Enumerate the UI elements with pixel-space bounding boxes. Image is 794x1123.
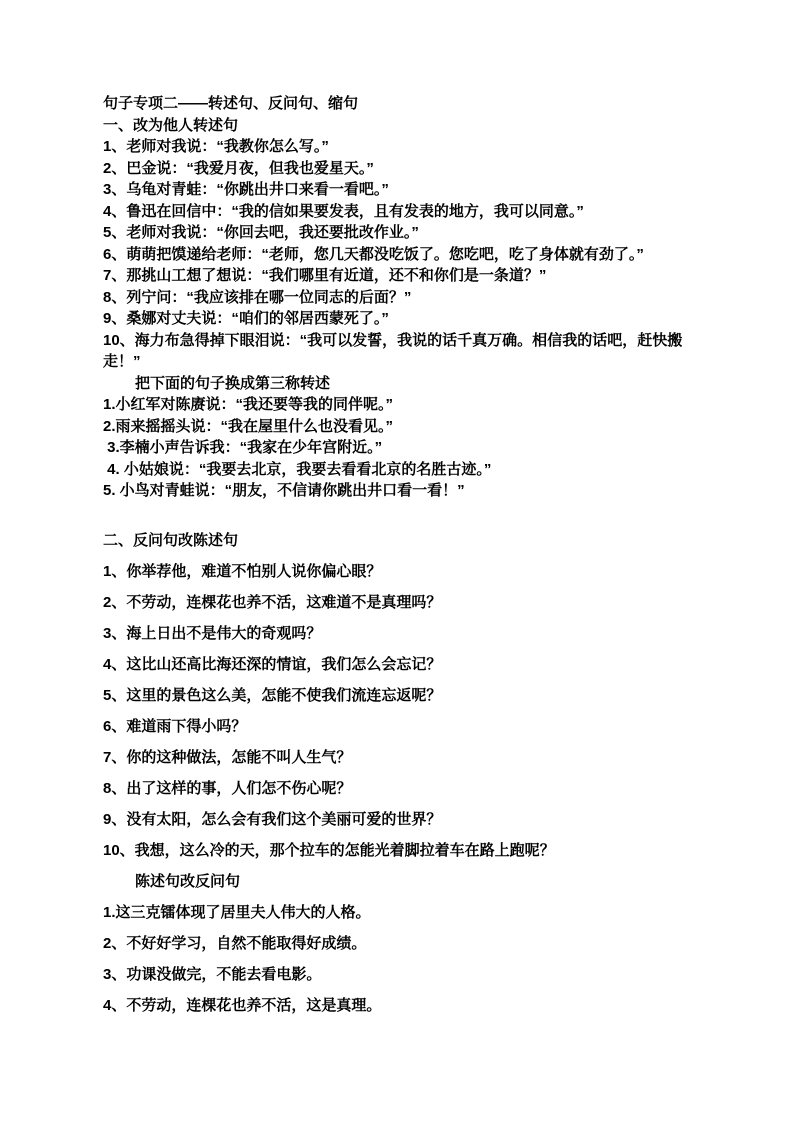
section1-item-10: 10、海力布急得掉下眼泪说：“我可以发誓，我说的话千真万确。相信我的话吧，赶快搬… bbox=[103, 330, 699, 373]
section-2: 二、反问句改陈述句 1、你举荐他，难道不怕别人说你偏心眼？ 2、不劳动，连棵花也… bbox=[103, 530, 699, 1017]
section-1: 一、改为他人转述句 1、老师对我说：“我教你怎么写。” 2、巴金说：“我爱月夜，… bbox=[103, 115, 699, 502]
section2-item-9: 9、没有太阳，怎么会有我们这个美丽可爱的世界？ bbox=[103, 809, 699, 831]
document-page: 句子专项二——转述句、反问句、缩句 一、改为他人转述句 1、老师对我说：“我教你… bbox=[0, 0, 794, 1123]
section2-item-4: 4、这比山还高比海还深的情谊，我们怎么会忘记？ bbox=[103, 654, 699, 676]
section1-item-9: 9、桑娜对丈夫说：“咱们的邻居西蒙死了。” bbox=[103, 308, 699, 330]
section1-subitem-2: 2.雨来摇摇头说：“我在屋里什么也没看见。” bbox=[103, 416, 699, 438]
section2-item-1: 1、你举荐他，难道不怕别人说你偏心眼？ bbox=[103, 561, 699, 583]
section2-item-7: 7、你的这种做法，怎能不叫人生气？ bbox=[103, 747, 699, 769]
section1-item-6: 6、萌萌把馍递给老师：“老师，您几天都没吃饭了。您吃吧，吃了身体就有劲了。” bbox=[103, 244, 699, 266]
section2-heading: 二、反问句改陈述句 bbox=[103, 530, 699, 552]
section1-item-8: 8、列宁问：“我应该排在哪一位同志的后面？” bbox=[103, 287, 699, 309]
section2-subheading: 陈述句改反问句 bbox=[103, 871, 699, 893]
section1-item-3: 3、乌龟对青蛙：“你跳出井口来看一看吧。” bbox=[103, 179, 699, 201]
section1-subheading: 把下面的句子换成第三称转述 bbox=[103, 373, 699, 395]
doc-title: 句子专项二——转述句、反问句、缩句 bbox=[103, 93, 699, 115]
section1-item-7: 7、那挑山工想了想说：“我们哪里有近道，还不和你们是一条道？” bbox=[103, 265, 699, 287]
document-content: 句子专项二——转述句、反问句、缩句 一、改为他人转述句 1、老师对我说：“我教你… bbox=[103, 93, 699, 1026]
section1-item-2: 2、巴金说：“我爱月夜，但我也爱星天。” bbox=[103, 158, 699, 180]
section1-subitem-5: 5. 小鸟对青蛙说：“朋友，不信请你跳出井口看一看！” bbox=[103, 480, 699, 502]
section2-subitem-4: 4、不劳动，连棵花也养不活，这是真理。 bbox=[103, 995, 699, 1017]
section2-item-6: 6、难道雨下得小吗？ bbox=[103, 716, 699, 738]
section2-subitem-2: 2、不好好学习，自然不能取得好成绩。 bbox=[103, 933, 699, 955]
section1-subitem-1: 1.小红军对陈赓说：“我还要等我的同伴呢。” bbox=[103, 394, 699, 416]
section2-item-10: 10、我想，这么冷的天，那个拉车的怎能光着脚拉着车在路上跑呢？ bbox=[103, 840, 699, 862]
section1-item-5: 5、老师对我说：“你回去吧，我还要批改作业。” bbox=[103, 222, 699, 244]
section1-subitem-4: 4. 小姑娘说：“我要去北京，我要去看看北京的名胜古迹。” bbox=[103, 459, 699, 481]
section1-subitem-3: 3.李楠小声告诉我：“我家在少年宫附近。” bbox=[103, 437, 699, 459]
section2-item-3: 3、海上日出不是伟大的奇观吗？ bbox=[103, 623, 699, 645]
section1-heading: 一、改为他人转述句 bbox=[103, 115, 699, 137]
section2-subitem-3: 3、功课没做完，不能去看电影。 bbox=[103, 964, 699, 986]
section2-item-2: 2、不劳动，连棵花也养不活，这难道不是真理吗？ bbox=[103, 592, 699, 614]
section2-subitem-1: 1.这三克镭体现了居里夫人伟大的人格。 bbox=[103, 902, 699, 924]
section2-item-8: 8、出了这样的事，人们怎不伤心呢？ bbox=[103, 778, 699, 800]
section1-item-1: 1、老师对我说：“我教你怎么写。” bbox=[103, 136, 699, 158]
section2-item-5: 5、这里的景色这么美，怎能不使我们流连忘返呢？ bbox=[103, 685, 699, 707]
section1-item-4: 4、鲁迅在回信中：“我的信如果要发表，且有发表的地方，我可以同意。” bbox=[103, 201, 699, 223]
